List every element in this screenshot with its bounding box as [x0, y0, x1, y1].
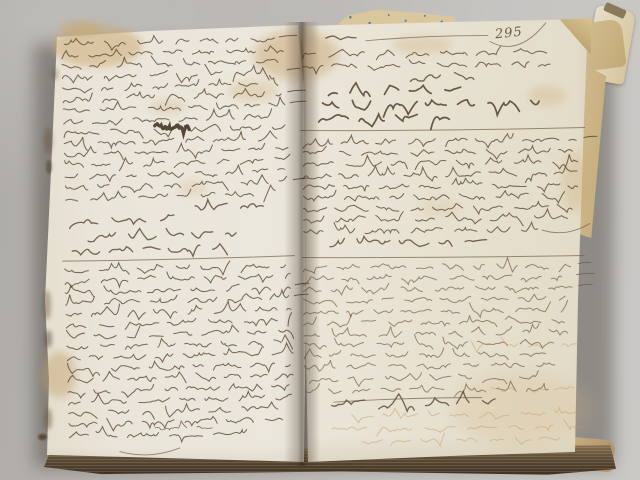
handwritten-line — [352, 406, 579, 422]
handwritten-line — [62, 45, 284, 59]
handwritten-line — [67, 335, 293, 355]
handwritten-line — [303, 144, 572, 161]
handwritten-line — [304, 312, 565, 328]
handwritten-line — [62, 52, 278, 69]
handwriting-layer — [0, 0, 640, 480]
entry-separator-rule — [63, 255, 295, 263]
handwritten-line — [304, 201, 573, 215]
handwritten-line — [328, 82, 460, 97]
entry-separator-rule — [302, 255, 584, 259]
handwritten-line — [304, 300, 568, 319]
handwritten-line — [362, 432, 571, 447]
handwritten-line — [304, 333, 563, 351]
handwritten-line — [64, 122, 285, 140]
handwritten-line — [63, 75, 279, 93]
handwritten-line — [63, 86, 306, 108]
left_page-handwriting — [56, 31, 315, 457]
manuscript-photo: 295 — [0, 0, 640, 480]
handwritten-line — [303, 133, 597, 150]
handwritten-line — [304, 209, 568, 228]
handwritten-line — [66, 299, 291, 321]
handwritten-line — [155, 123, 198, 134]
folio-number: 295 — [494, 25, 523, 43]
handwritten-line — [303, 164, 577, 185]
handwritten-line — [303, 58, 550, 73]
handwritten-line — [323, 98, 540, 117]
handwritten-line — [332, 391, 496, 412]
handwritten-line — [303, 257, 591, 275]
handwritten-line — [304, 358, 555, 372]
handwritten-line — [68, 366, 293, 386]
handwritten-line — [68, 389, 291, 406]
handwritten-line — [542, 223, 590, 232]
handwritten-line — [309, 371, 549, 387]
right_page-handwriting — [300, 22, 600, 447]
handwritten-line — [65, 174, 307, 195]
handwritten-line — [65, 258, 286, 279]
handwritten-line — [330, 235, 487, 247]
handwritten-line — [471, 336, 579, 352]
handwritten-line — [303, 272, 594, 285]
handwritten-line — [65, 153, 290, 172]
handwritten-line — [332, 419, 582, 436]
handwritten-line — [304, 294, 566, 307]
handwritten-line — [64, 32, 297, 52]
handwritten-line — [303, 177, 577, 194]
handwritten-line — [66, 313, 292, 333]
handwritten-line — [492, 386, 588, 392]
handwritten-line — [303, 153, 578, 171]
handwritten-line — [69, 214, 189, 228]
handwritten-line — [72, 244, 227, 260]
handwritten-line — [65, 269, 290, 289]
handwritten-line — [64, 140, 288, 161]
handwritten-line — [303, 281, 592, 295]
handwritten-line — [63, 96, 306, 114]
handwritten-line — [88, 226, 236, 242]
handwritten-line — [303, 46, 547, 61]
handwritten-line — [65, 288, 308, 308]
gutter-shadow — [284, 22, 320, 466]
handwritten-line — [366, 35, 488, 40]
handwritten-line — [304, 220, 538, 234]
handwritten-line — [326, 36, 356, 40]
handwritten-line — [410, 72, 474, 81]
handwritten-line — [67, 343, 293, 365]
handwritten-line — [63, 108, 282, 127]
handwritten-line — [66, 185, 276, 207]
handwritten-line — [67, 357, 290, 377]
handwritten-line — [306, 381, 548, 398]
handwritten-line — [62, 62, 300, 87]
handwritten-line — [69, 401, 291, 422]
handwritten-line — [304, 346, 546, 361]
handwritten-line — [69, 423, 247, 445]
handwritten-line — [303, 188, 576, 206]
entry-separator-rule — [301, 128, 585, 132]
handwritten-line — [120, 448, 180, 456]
